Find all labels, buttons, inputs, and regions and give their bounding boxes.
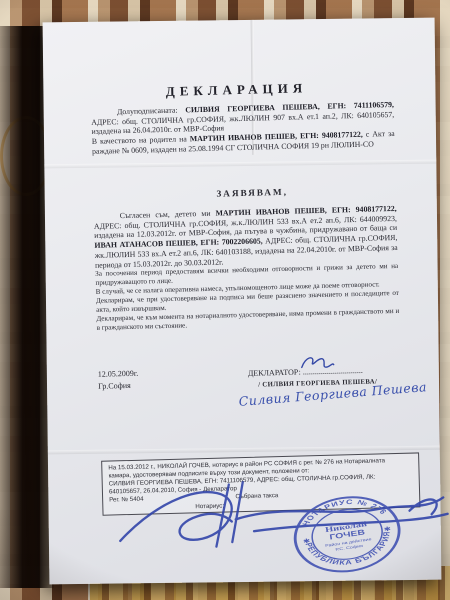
paragraph-consent: Съгласен съм, детето ми МАРТИН ИВАНОВ ПЕ…: [94, 204, 398, 270]
stamp-star-left: ✱: [303, 537, 311, 545]
photo-of-document: ДЕКЛАРАЦИЯ Долуподписаната: СИЛВИЯ ГЕОРГ…: [0, 0, 450, 600]
stamp-star-right: ✱: [383, 525, 391, 533]
document-date: 12.05.2009г.: [98, 369, 139, 379]
declarator-label: ДЕКЛАРАТОР:: [248, 367, 301, 377]
statement-heading: ЗАЯВЯВАМ,: [69, 183, 435, 203]
document-paper: ДЕКЛАРАЦИЯ Долуподписаната: СИЛВИЯ ГЕОРГ…: [43, 18, 442, 585]
document-title: ДЕКЛАРАЦИЯ: [40, 77, 432, 103]
statement-block: Съгласен съм, детето ми МАРТИН ИВАНОВ ПЕ…: [94, 204, 400, 332]
document-content: ДЕКЛАРАЦИЯ Долуподписаната: СИЛВИЯ ГЕОРГ…: [39, 15, 446, 587]
declarator-initials-signature: [299, 354, 335, 373]
document-place: Гр.София: [98, 381, 131, 391]
notary-stamp: НОТАРИУС № 276 РЕПУБЛИКА БЪЛГАРИЯ ✱ ✱ Ни…: [285, 486, 410, 582]
intro-block: Долуподписаната: СИЛВИЯ ГЕОРГИЕВА ПЕШЕВА…: [91, 100, 395, 156]
